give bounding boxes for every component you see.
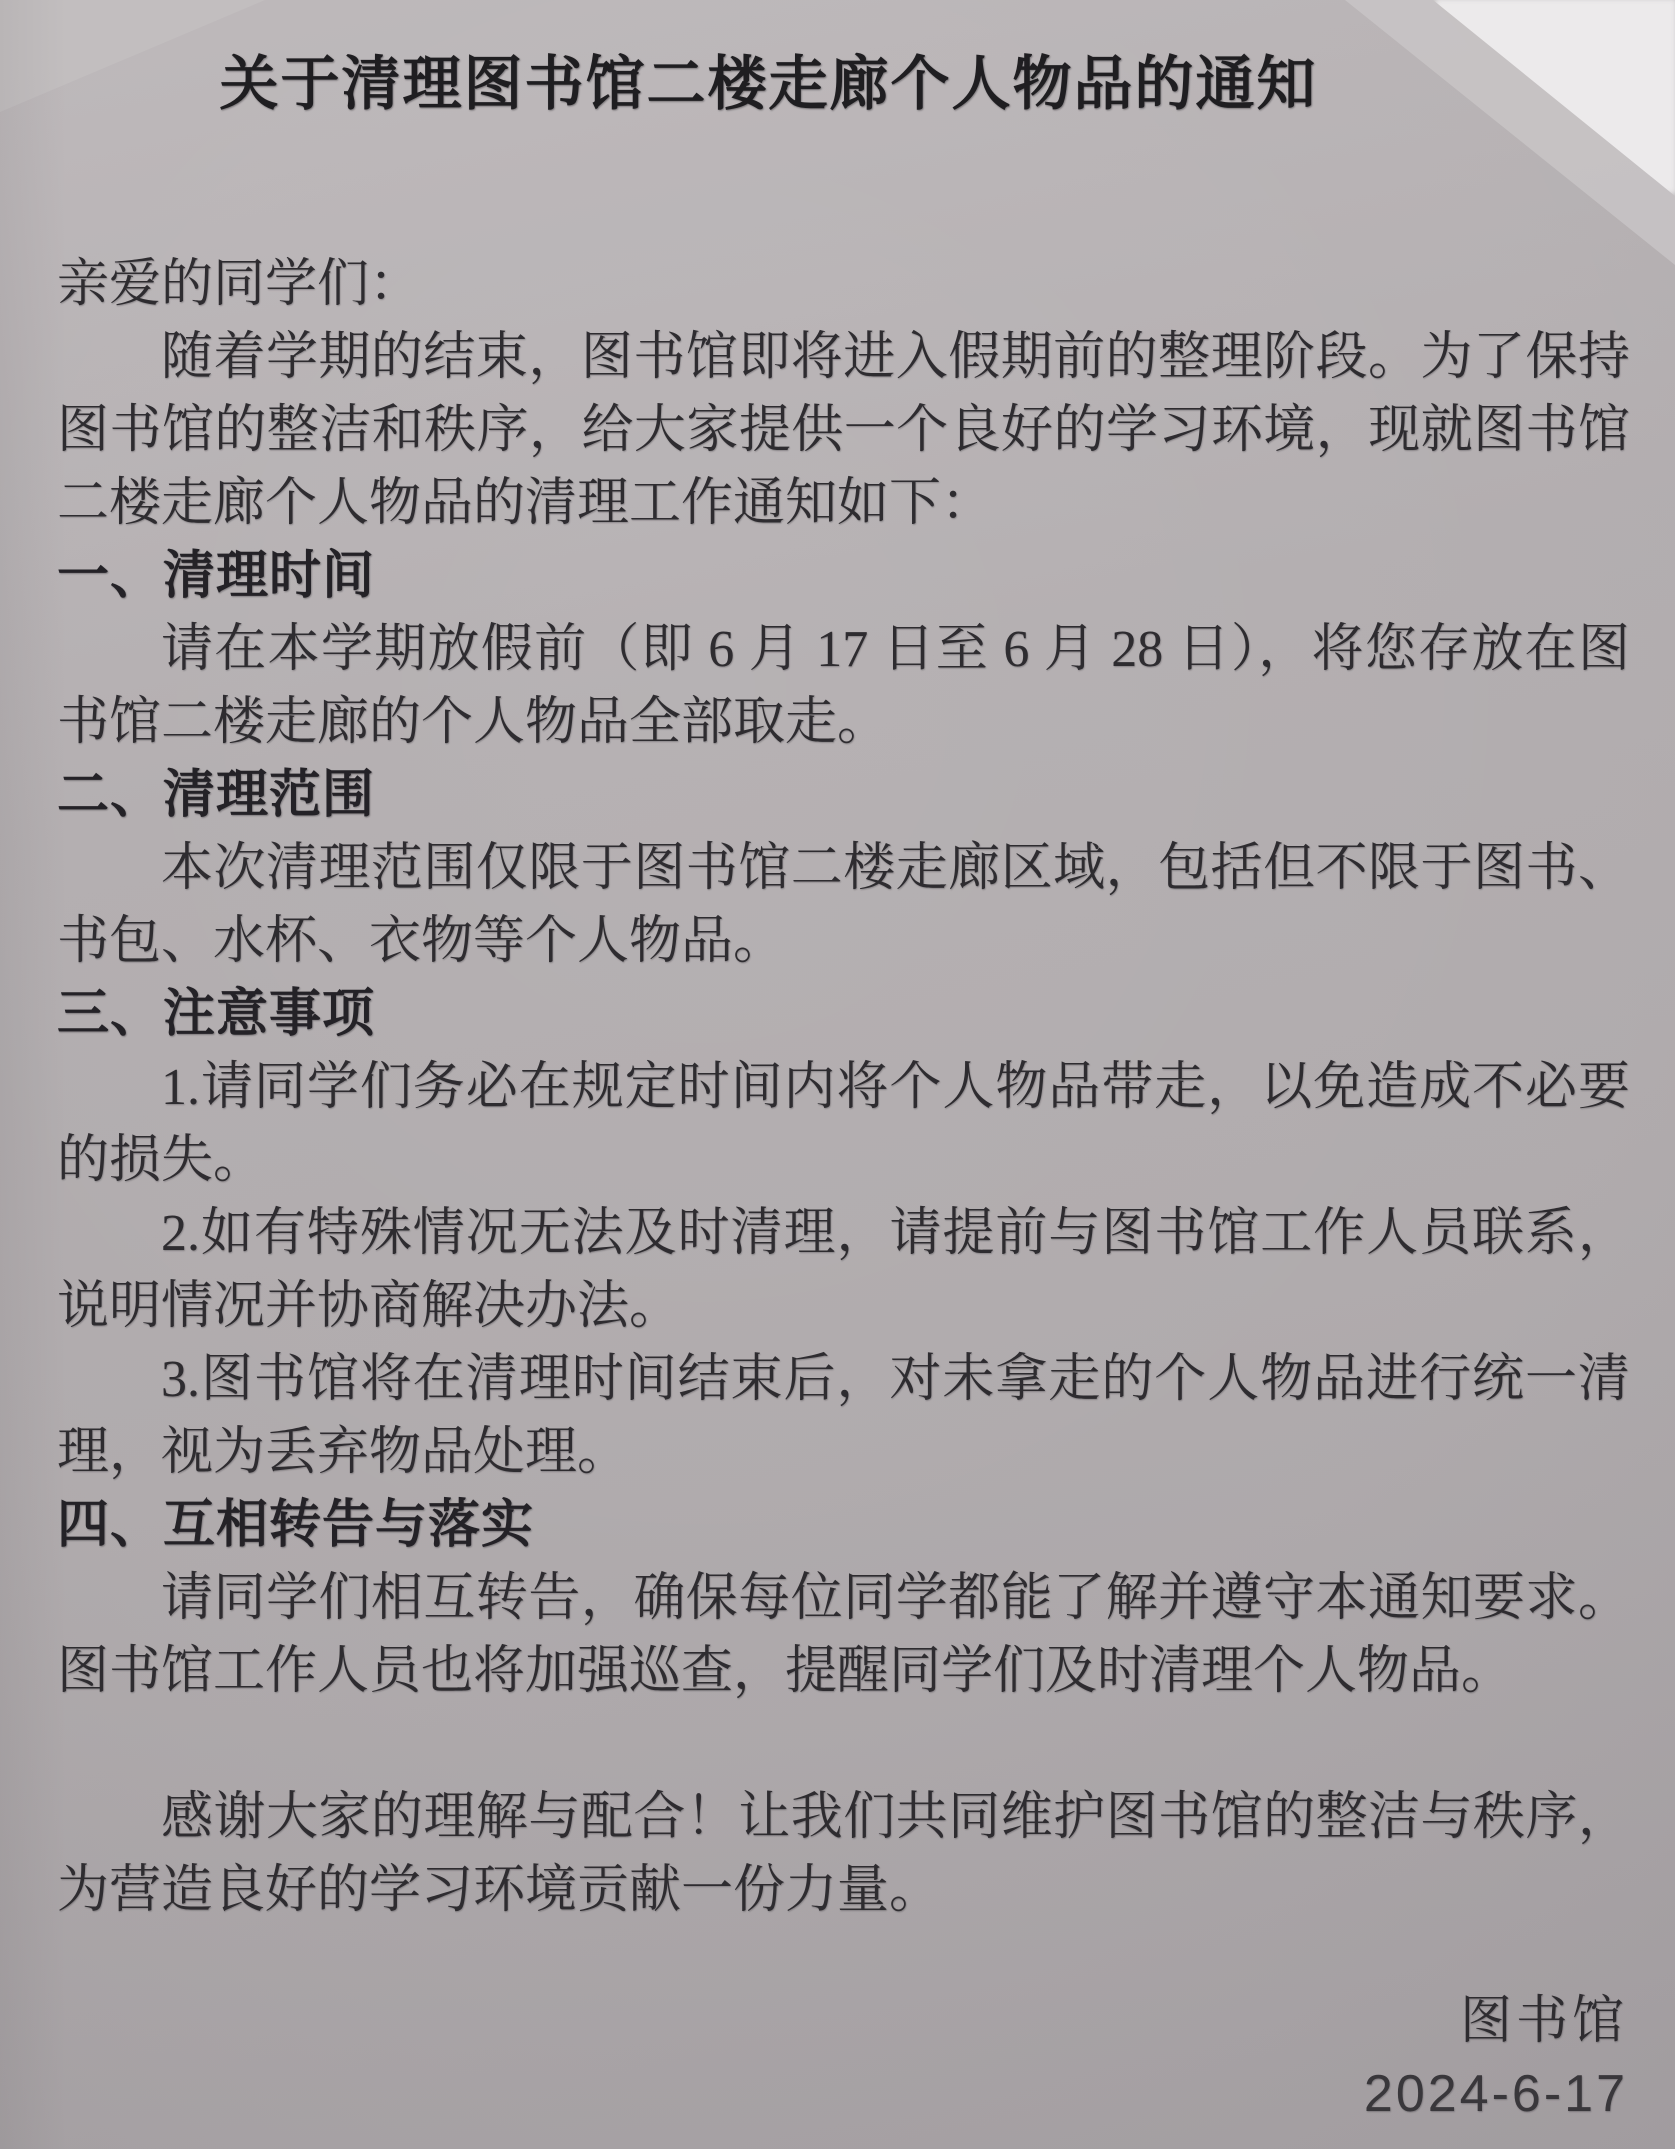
section-4-paragraph-1: 请同学们相互转告，确保每位同学都能了解并遵守本通知要求。图书馆工作人员也将加强巡… bbox=[57, 1562, 1630, 1708]
signature-block: 图书馆 2024-6-17 bbox=[57, 1985, 1630, 2131]
closing-paragraph: 感谢大家的理解与配合！让我们共同维护图书馆的整洁与秩序，为营造良好的学习环境贡献… bbox=[57, 1781, 1630, 1927]
section-2-heading: 二、清理范围 bbox=[57, 759, 1630, 832]
notice-title: 关于清理图书馆二楼走廊个人物品的通知 bbox=[57, 46, 1630, 122]
section-1-heading: 一、清理时间 bbox=[57, 540, 1630, 613]
salutation: 亲爱的同学们： bbox=[57, 248, 1630, 321]
intro-paragraph: 随着学期的结束，图书馆即将进入假期前的整理阶段。为了保持图书馆的整洁和秩序，给大… bbox=[57, 321, 1630, 540]
signature-name: 图书馆 bbox=[57, 1985, 1628, 2058]
section-3-heading: 三、注意事项 bbox=[57, 978, 1630, 1051]
section-3-paragraph-3: 3.图书馆将在清理时间结束后，对未拿走的个人物品进行统一清理，视为丢弃物品处理。 bbox=[57, 1343, 1630, 1489]
section-3-paragraph-2: 2.如有特殊情况无法及时清理，请提前与图书馆工作人员联系，说明情况并协商解决办法… bbox=[57, 1197, 1630, 1343]
section-1-paragraph-1: 请在本学期放假前（即 6 月 17 日至 6 月 28 日），将您存放在图书馆二… bbox=[57, 613, 1630, 759]
signature-date: 2024-6-17 bbox=[57, 2058, 1628, 2131]
section-2-paragraph-1: 本次清理范围仅限于图书馆二楼走廊区域，包括但不限于图书、书包、水杯、衣物等个人物… bbox=[57, 832, 1630, 978]
section-4-heading: 四、互相转告与落实 bbox=[57, 1489, 1630, 1562]
section-3-paragraph-1: 1.请同学们务必在规定时间内将个人物品带走，以免造成不必要的损失。 bbox=[57, 1051, 1630, 1197]
notice-photo: 关于清理图书馆二楼走廊个人物品的通知 亲爱的同学们： 随着学期的结束，图书馆即将… bbox=[0, 0, 1675, 2149]
notice-document: 关于清理图书馆二楼走廊个人物品的通知 亲爱的同学们： 随着学期的结束，图书馆即将… bbox=[57, 46, 1630, 2131]
